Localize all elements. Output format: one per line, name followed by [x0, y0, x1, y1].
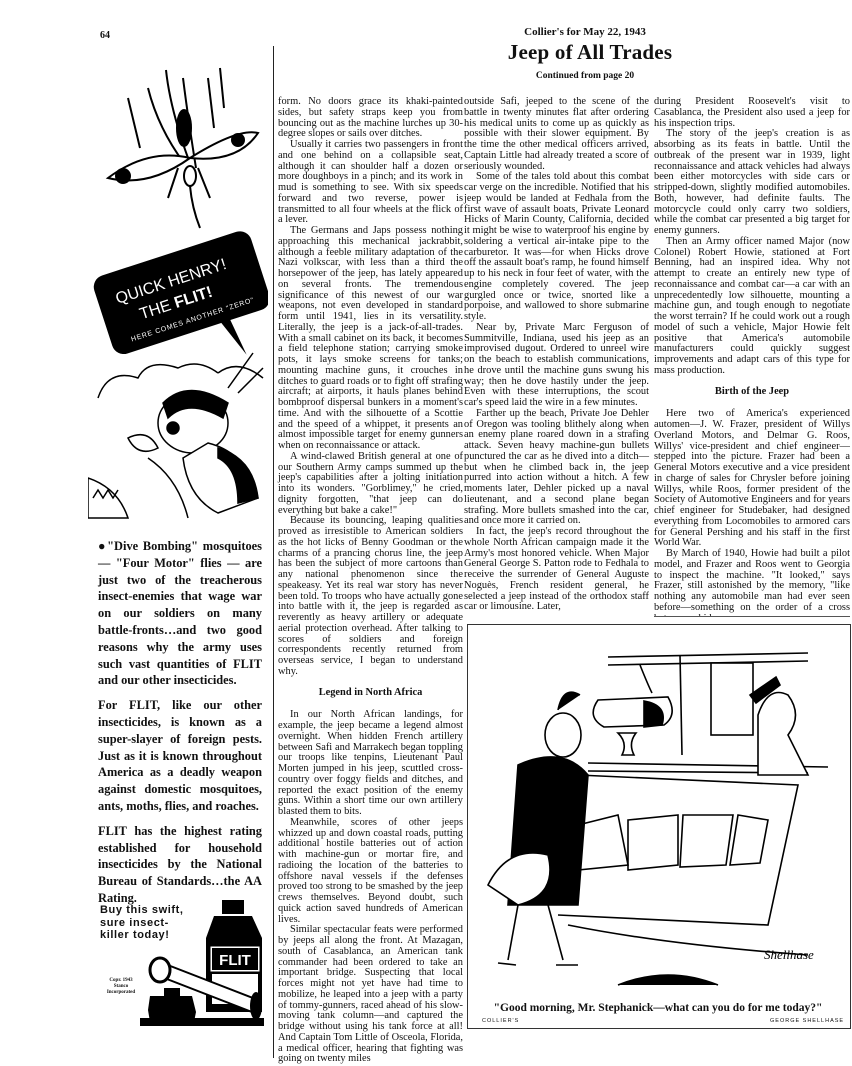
article-paragraph: during President Roosevelt's visit to Ca… — [654, 97, 850, 129]
article-paragraph: Then an Army officer named Major (now Co… — [654, 237, 850, 377]
article-column-1: form. No doors grace its khaki-painted s… — [278, 97, 463, 1065]
cartoon-illustration: Shellhase — [468, 625, 848, 995]
soldier-icon — [88, 353, 263, 518]
flit-bottle-icon: FLIT — [140, 900, 264, 1028]
cartoon-panel: Shellhase — [467, 624, 851, 1029]
column-rule — [654, 616, 850, 617]
cartoon-credit-left: COLLIER'S — [482, 1018, 519, 1024]
article-paragraph: outside Safi, jeeped to the scene of the… — [464, 97, 649, 172]
running-head: Collier's for May 22, 1943 — [470, 26, 700, 38]
article-title: Jeep of All Trades — [440, 40, 740, 65]
ad-copyright: Copr. 1943 Stanco Incorporated — [104, 978, 138, 996]
svg-text:FLIT: FLIT — [219, 952, 251, 969]
article-paragraph: Here two of America's experienced autome… — [654, 409, 850, 549]
page-number: 64 — [100, 30, 110, 41]
article-paragraph: The story of the jeep's creation is as a… — [654, 129, 850, 237]
article-paragraph: Because its bouncing, leaping qualities … — [278, 516, 463, 677]
article-paragraph: A wind-clawed British general at one of … — [278, 452, 463, 517]
article-paragraph: By March of 1940, Howie had built a pilo… — [654, 549, 850, 617]
ad-paragraph: FLIT has the highest rating established … — [98, 823, 262, 907]
article-paragraph: Some of the tales told about this combat… — [464, 172, 649, 323]
article-paragraph: Near by, Private Marc Ferguson of Summit… — [464, 323, 649, 409]
mosquito-icon — [108, 68, 258, 228]
article-column-3: during President Roosevelt's visit to Ca… — [654, 97, 850, 617]
article-paragraph: Similar spectacular feats were performed… — [278, 925, 463, 1065]
cartoon-caption: "Good morning, Mr. Stephanick—what can y… — [470, 1002, 846, 1014]
article-column-2: outside Safi, jeeped to the scene of the… — [464, 97, 649, 613]
article-paragraph: Farther up the beach, Private Joe Dehler… — [464, 409, 649, 527]
column-divider — [273, 46, 274, 1058]
article-paragraph: Usually it carries two passengers in fro… — [278, 140, 463, 226]
article-paragraph: In fact, the jeep's record throughout th… — [464, 527, 649, 613]
article-paragraph: form. No doors grace its khaki-painted s… — [278, 97, 463, 140]
article-paragraph: The Germans and Japs possess nothing app… — [278, 226, 463, 452]
flit-ad-copy: ●"Dive Bombing" mosquitoes — "Four Motor… — [98, 538, 262, 915]
section-heading: Legend in North Africa — [278, 688, 463, 699]
ad-paragraph: For FLIT, like our other insecticides, i… — [98, 697, 262, 815]
continued-note: Continued from page 20 — [470, 71, 700, 81]
article-paragraph: In our North African landings, for examp… — [278, 710, 463, 818]
article-paragraph: Meanwhile, scores of other jeeps whizzed… — [278, 818, 463, 926]
section-heading: Birth of the Jeep — [654, 387, 850, 398]
flit-ad-illustration: QUICK HENRY! THE FLIT! HERE COMES ANOTHE… — [88, 58, 268, 528]
flit-ad-product: Buy this swift, sure insect- killer toda… — [100, 900, 264, 1028]
artist-signature: Shellhase — [764, 947, 814, 962]
ad-paragraph: ●"Dive Bombing" mosquitoes — "Four Motor… — [98, 538, 262, 689]
cartoon-credit-right: GEORGE SHELLHASE — [770, 1018, 844, 1024]
